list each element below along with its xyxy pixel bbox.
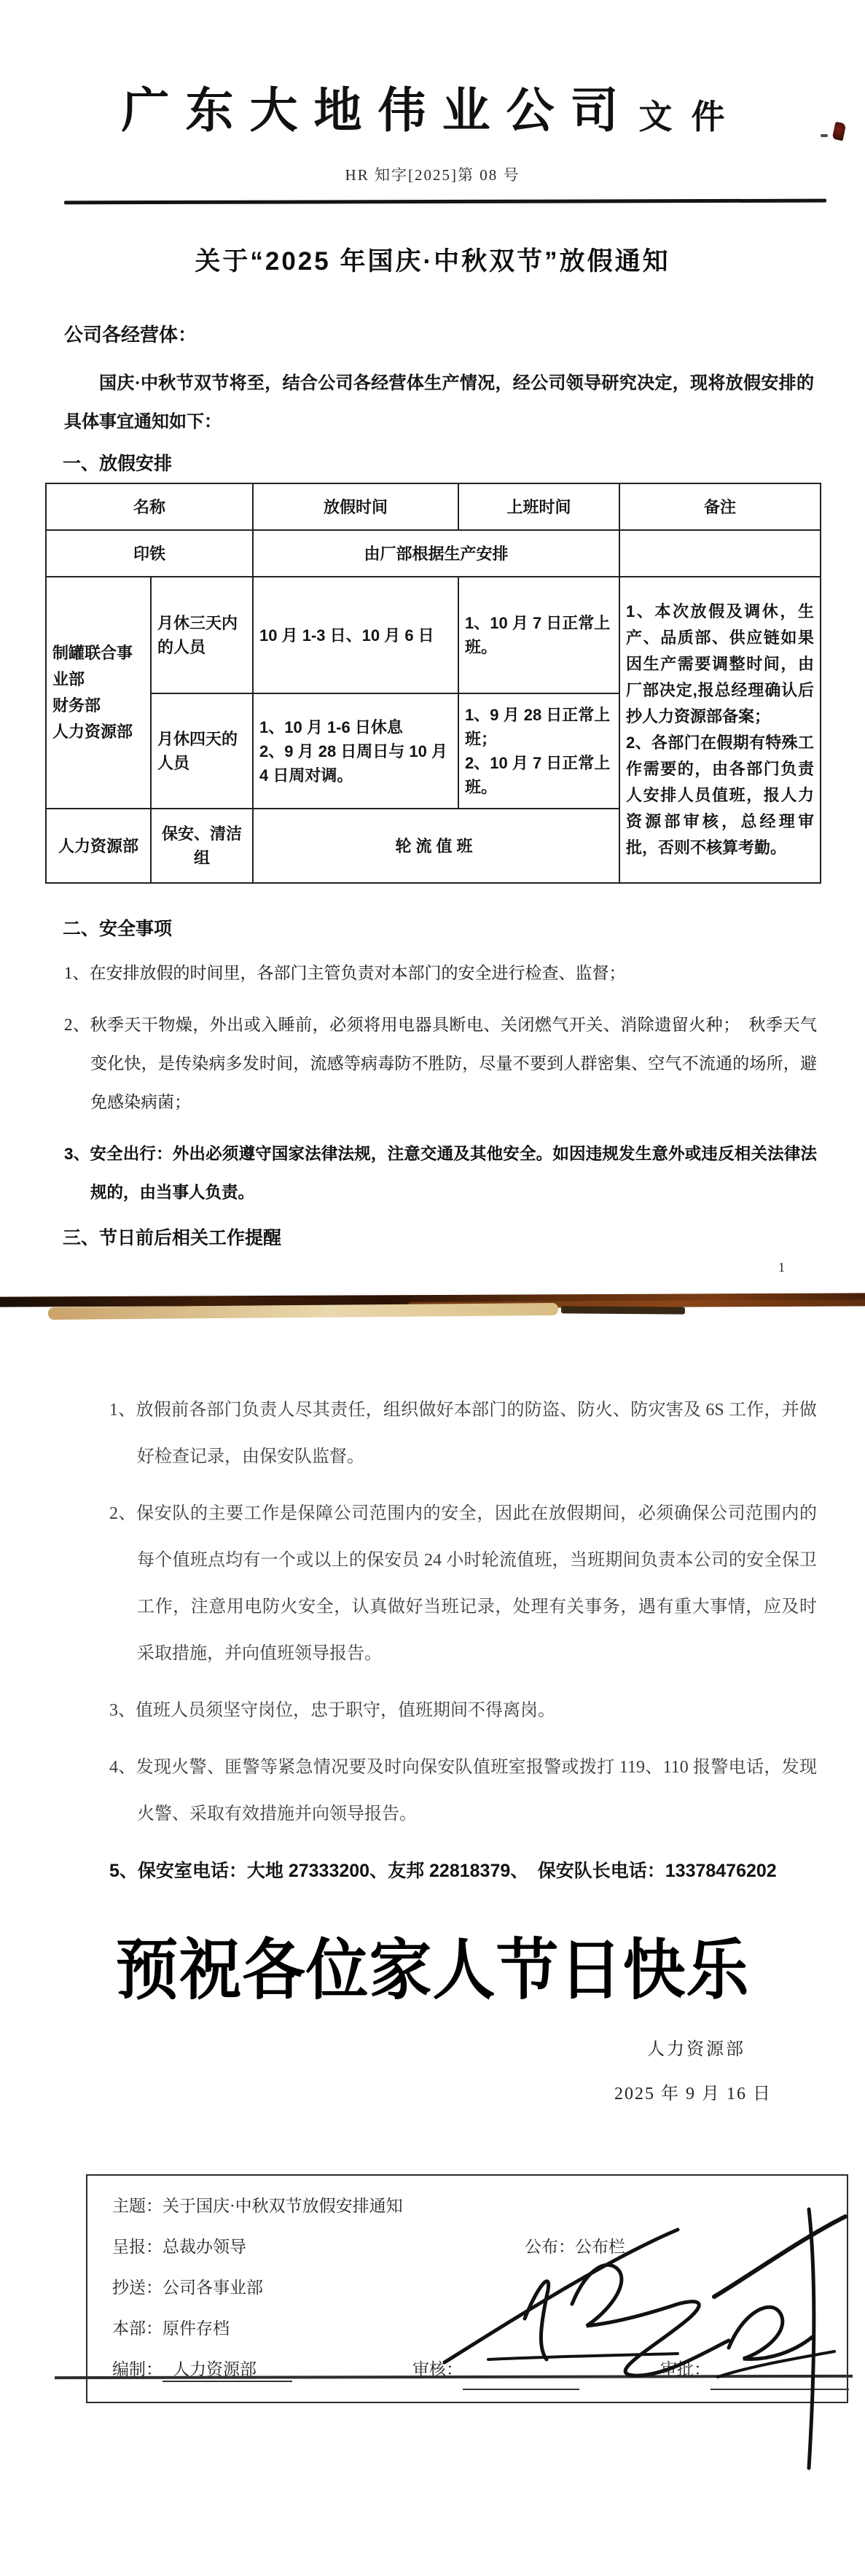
cc-value: 公司各事业部	[163, 2279, 263, 2297]
remarks-item-1: 1、本次放假及调休，生产、品质部、供应链如果因生产需要调整时间，由厂部决定,报总…	[626, 599, 814, 730]
document-word: 文件	[639, 99, 744, 134]
reminder-item-3: 3、值班人员须坚守岗位，忠于职守，值班期间不得离岗。	[109, 1687, 817, 1734]
cell-duty-rotation: 轮流值班	[253, 809, 619, 883]
routing-subject-row: 主题：关于国庆·中秋双节放假安排通知	[112, 2186, 847, 2227]
routing-cc-row: 抄送：公司各事业部	[112, 2268, 847, 2308]
header-holiday-time: 放假时间	[253, 483, 458, 530]
report-value: 总裁办领导	[163, 2238, 246, 2256]
section3-heading: 三、节日前后相关工作提醒	[63, 1223, 865, 1250]
cell-three-day-work: 1、10 月 7 日正常上班。	[458, 577, 619, 693]
page-2: 1、放假前各部门负责人尽其责任，组织做好本部门的防盗、防火、防灾害及 6S 工作…	[0, 1377, 865, 2403]
four-day-work-2: 2、10 月 7 日正常上班。	[465, 751, 613, 799]
cell-yintie-arrangement: 由厂部根据生产安排	[253, 530, 619, 577]
routing-report-row: 呈报：总裁办领导 公布：公布栏	[112, 2227, 847, 2268]
safety-item-1: 1、在安排放假的时间里，各部门主管负责对本部门的安全进行检查、监督；	[64, 954, 817, 992]
routing-prepare-row: 编制：人力资源部 审核： 审批：	[112, 2349, 847, 2390]
approve-signature-line	[711, 2367, 849, 2390]
section1-heading: 一、放假安排	[63, 449, 865, 475]
holiday-wish-banner: 预祝各位家人节日快乐	[0, 1917, 865, 2012]
cell-three-day-holiday: 10 月 1-3 日、10 月 6 日	[253, 577, 458, 693]
scanned-document: 广东大地伟业公司 文件 HR 知字[2025]第 08 号 关于“2025 年国…	[0, 0, 865, 2576]
section2-heading: 二、安全事项	[63, 914, 865, 941]
ink-dash-mark	[821, 134, 828, 137]
signature-block: 人力资源部 2025 年 9 月 16 日	[0, 2034, 772, 2104]
group-line-1: 制罐联合事业部	[52, 640, 144, 693]
subject-value: 关于国庆·中秋双节放假安排通知	[163, 2197, 403, 2215]
routing-box: 主题：关于国庆·中秋双节放假安排通知 呈报：总裁办领导 公布：公布栏 抄送：公司…	[86, 2174, 848, 2403]
report-label: 呈报：	[112, 2238, 163, 2256]
publish-label: 公布：	[525, 2238, 575, 2256]
dept-value: 原件存档	[163, 2319, 230, 2338]
cc-label: 抄送：	[112, 2279, 163, 2297]
cell-four-day-who: 月休四天的人员	[151, 693, 253, 809]
table-row-yintie: 印铁 由厂部根据生产安排	[46, 530, 821, 577]
table-header-row: 名称 放假时间 上班时间 备注	[46, 483, 821, 530]
cell-four-day-work: 1、9 月 28 日正常上班； 2、10 月 7 日正常上班。	[458, 693, 619, 809]
cell-yintie-remarks-empty	[619, 530, 821, 577]
issue-date: 2025 年 9 月 16 日	[0, 2079, 772, 2104]
group-line-3: 人力资源部	[52, 719, 144, 745]
cell-three-day-who: 月休三天内的人员	[151, 577, 253, 693]
reminder-item-5-phones: 5、保安室电话：大地 27333200、友邦 22818379、 保安队长电话：…	[109, 1848, 817, 1894]
four-day-work-1: 1、9 月 28 日正常上班；	[465, 703, 613, 751]
table-row-three-day: 制罐联合事业部 财务部 人力资源部 月休三天内的人员 10 月 1-3 日、10…	[46, 577, 821, 693]
reminder-item-1: 1、放假前各部门负责人尽其责任，组织做好本部门的防盗、防火、防灾害及 6S 工作…	[109, 1387, 817, 1480]
cell-four-day-holiday: 1、10 月 1-6 日休息 2、9 月 28 日周日与 10 月 4 日周对调…	[253, 693, 458, 809]
holiday-table: 名称 放假时间 上班时间 备注 印铁 由厂部根据生产安排 制罐联合事业部 财务部…	[45, 483, 821, 884]
safety-item-3: 3、安全出行：外出必须遵守国家法律法规，注意交通及其他安全。如因违规发生意外或违…	[64, 1135, 817, 1212]
page-number: 1	[778, 1260, 785, 1275]
cell-department-group: 制罐联合事业部 财务部 人力资源部	[46, 577, 151, 809]
document-number: HR 知字[2025]第 08 号	[0, 163, 865, 185]
intro-paragraph: 国庆·中秋节双节将至，结合公司各经营体生产情况，经公司领导研究决定，现将放假安排…	[64, 365, 814, 442]
torn-page-edge-notch	[561, 1306, 685, 1314]
company-name: 广东大地伟业公司	[122, 86, 635, 134]
cell-duty-dept: 人力资源部	[46, 809, 151, 883]
four-day-holiday-2: 2、9 月 28 日周日与 10 月 4 日周对调。	[259, 739, 452, 787]
header-name: 名称	[46, 483, 253, 530]
cell-remarks: 1、本次放假及调休，生产、品质部、供应链如果因生产需要调整时间，由厂部决定,报总…	[619, 577, 821, 883]
subject-label: 主题：	[112, 2197, 163, 2215]
issuing-department: 人力资源部	[0, 2034, 745, 2060]
page-1: 广东大地伟业公司 文件 HR 知字[2025]第 08 号 关于“2025 年国…	[0, 0, 865, 1250]
publish-value: 公布栏	[575, 2238, 625, 2256]
reminder-item-4: 4、发现火警、匪警等紧急情况要及时向保安队值班室报警或拨打 119、110 报警…	[109, 1744, 817, 1837]
remarks-item-2: 2、各部门在假期有特殊工作需要的，由各部门负责人安排人员值班，报人力资源部审核，…	[626, 730, 814, 861]
four-day-holiday-1: 1、10 月 1-6 日休息	[259, 715, 452, 739]
cell-yintie: 印铁	[46, 530, 253, 577]
header-remarks: 备注	[619, 483, 821, 530]
routing-dept-row: 本部：原件存档	[112, 2308, 847, 2349]
review-signature-line	[463, 2367, 579, 2390]
publish-field: 公布：公布栏	[525, 2227, 625, 2268]
review-field: 审核：	[412, 2349, 579, 2390]
salutation: 公司各经营体：	[64, 320, 865, 347]
header-rule	[64, 199, 826, 205]
reminder-item-2: 2、保安队的主要工作是保障公司范围内的安全，因此在放假期间，必须确保公司范围内的…	[109, 1490, 817, 1677]
document-header: 广东大地伟业公司 文件	[0, 86, 865, 134]
dept-label: 本部：	[112, 2319, 163, 2338]
group-line-2: 财务部	[52, 693, 144, 719]
header-work-time: 上班时间	[458, 483, 619, 530]
safety-item-2: 2、秋季天干物燥，外出或入睡前，必须将用电器具断电、关闭燃气开关、消除遗留火种；…	[64, 1005, 817, 1121]
cell-duty-who: 保安、清洁组	[151, 809, 253, 883]
notice-title: 关于“2025 年国庆·中秋双节”放假通知	[0, 241, 865, 278]
approve-field: 审批：	[660, 2349, 849, 2390]
